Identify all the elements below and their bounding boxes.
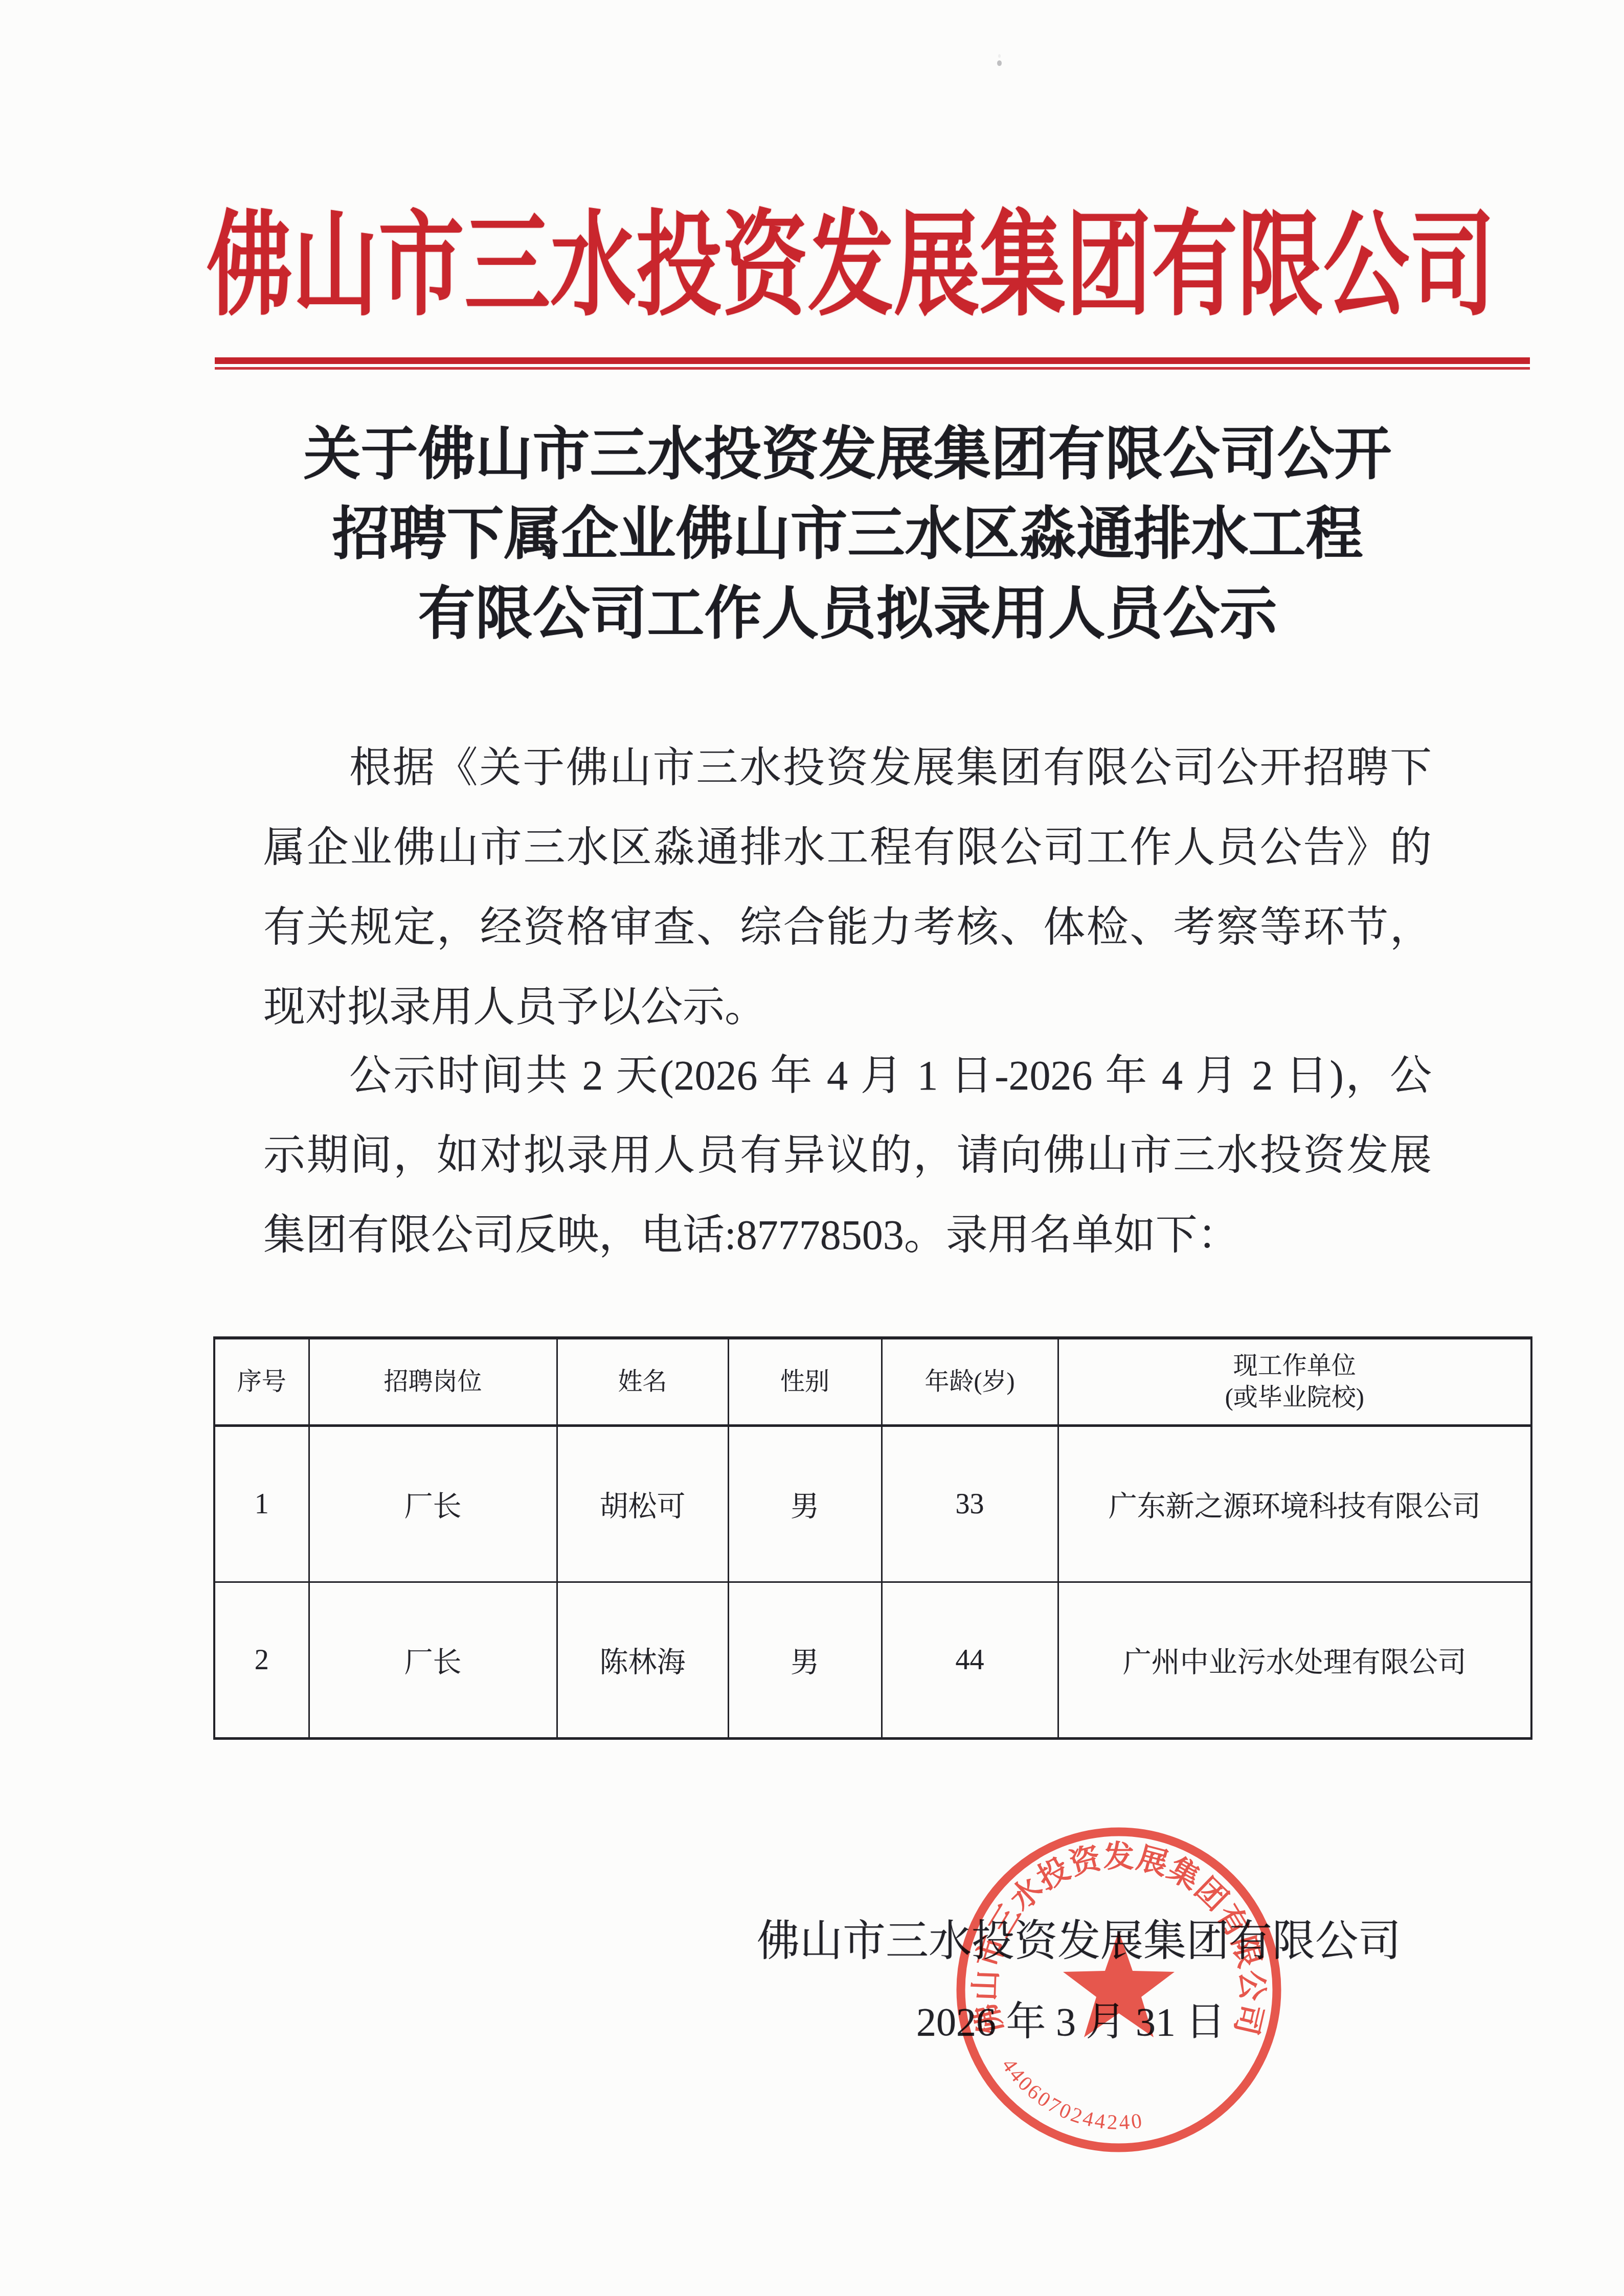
body-line: 公示时间共 2 天(2026 年 4 月 1 日-2026 年 4 月 2 日)… <box>263 1036 1432 1116</box>
document-title-line-2: 招聘下属企业佛山市三水区淼通排水工程 <box>228 495 1468 575</box>
cell-post: 厂长 <box>309 1426 557 1582</box>
official-seal: 佛山市三水投资发展集团有限公司 4406070244240 <box>950 1821 1288 2158</box>
table-row: 1 厂长 胡松可 男 33 广东新之源环境科技有限公司 <box>214 1426 1531 1582</box>
header-name: 姓名 <box>557 1338 728 1426</box>
cell-name: 陈林海 <box>557 1582 728 1739</box>
cell-unit: 广东新之源环境科技有限公司 <box>1058 1426 1531 1582</box>
seal-star-icon <box>1063 1931 1175 2037</box>
cell-age: 33 <box>882 1426 1058 1582</box>
cell-age: 44 <box>882 1582 1058 1739</box>
header-unit-line1: 现工作单位 <box>1059 1350 1531 1382</box>
body-line: 集团有限公司反映，电话:87778503。录用名单如下： <box>263 1195 1432 1275</box>
body-line: 示期间，如对拟录用人员有异议的，请向佛山市三水投资发展 <box>263 1116 1432 1195</box>
cell-gender: 男 <box>728 1582 882 1739</box>
announcement-document-page: 佛山市三水投资发展集团有限公司 关于佛山市三水投资发展集团有限公司公开 招聘下属… <box>0 0 1624 2296</box>
header-post: 招聘岗位 <box>309 1338 557 1426</box>
cell-unit: 广州中业污水处理有限公司 <box>1058 1582 1531 1739</box>
paragraph-basis: 根据《关于佛山市三水投资发展集团有限公司公开招聘下 属企业佛山市三水区淼通排水工… <box>263 728 1432 1047</box>
cell-gender: 男 <box>728 1426 882 1582</box>
cell-seq: 1 <box>214 1426 309 1582</box>
table-header-row: 序号 招聘岗位 姓名 性别 年龄(岁) 现工作单位 (或毕业院校) <box>214 1338 1531 1426</box>
svg-text:4406070244240: 4406070244240 <box>998 2054 1146 2134</box>
document-title-line-1: 关于佛山市三水投资发展集团有限公司公开 <box>228 415 1468 495</box>
letterhead-divider-thick-line <box>215 357 1530 364</box>
table-row: 2 厂长 陈林海 男 44 广州中业污水处理有限公司 <box>214 1582 1531 1739</box>
letterhead-divider-thin-line <box>215 367 1530 370</box>
paragraph-publicity-period: 公示时间共 2 天(2026 年 4 月 1 日-2026 年 4 月 2 日)… <box>263 1036 1432 1275</box>
header-unit-line2: (或毕业院校) <box>1059 1382 1531 1414</box>
header-unit: 现工作单位 (或毕业院校) <box>1058 1338 1531 1426</box>
document-title-line-3: 有限公司工作人员拟录用人员公示 <box>228 575 1468 654</box>
body-line: 有关规定，经资格审查、综合能力考核、体检、考察等环节， <box>263 888 1432 967</box>
document-title: 关于佛山市三水投资发展集团有限公司公开 招聘下属企业佛山市三水区淼通排水工程 有… <box>228 415 1468 654</box>
scan-artifact-dot <box>997 60 1002 66</box>
cell-seq: 2 <box>214 1582 309 1739</box>
letterhead-divider <box>215 357 1530 370</box>
header-age: 年龄(岁) <box>882 1338 1058 1426</box>
header-gender: 性别 <box>728 1338 882 1426</box>
body-line: 现对拟录用人员予以公示。 <box>263 967 1432 1047</box>
body-line: 根据《关于佛山市三水投资发展集团有限公司公开招聘下 <box>263 728 1432 808</box>
body-line: 属企业佛山市三水区淼通排水工程有限公司工作人员公告》的 <box>263 808 1432 888</box>
cell-name: 胡松可 <box>557 1426 728 1582</box>
recruitment-table: 序号 招聘岗位 姓名 性别 年龄(岁) 现工作单位 (或毕业院校) 1 厂长 胡… <box>213 1336 1532 1740</box>
seal-serial-text: 4406070244240 <box>998 2054 1146 2134</box>
header-seq: 序号 <box>214 1338 309 1426</box>
cell-post: 厂长 <box>309 1582 557 1739</box>
letterhead-company-title: 佛山市三水投资发展集团有限公司 <box>207 206 1481 327</box>
